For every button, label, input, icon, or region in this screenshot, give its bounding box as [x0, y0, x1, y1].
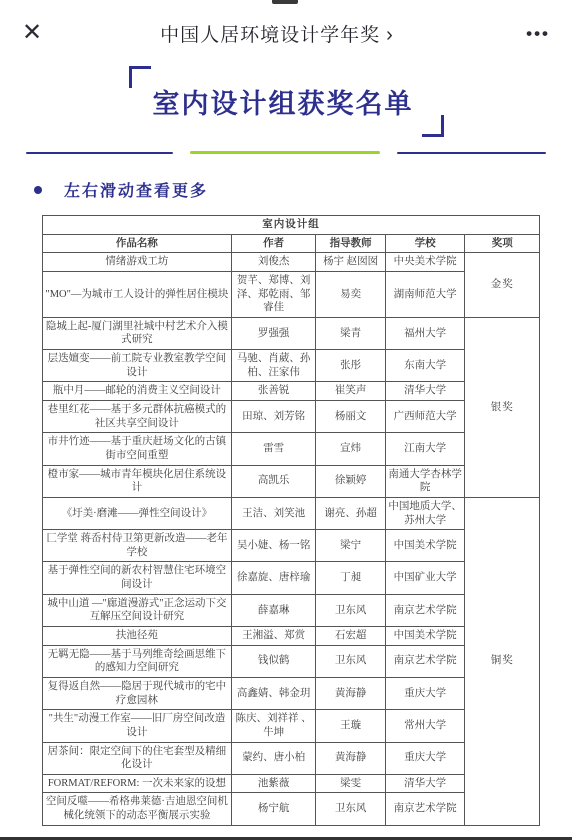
work-title-cell: 匚学堂 蒋岙村侍卫第更新改造——老年学校 [43, 530, 232, 562]
work-title-cell: 居茶间：限定空间下的住宅套型及精细化设计 [43, 742, 232, 774]
swipe-hint: 左右滑动查看更多 [34, 178, 572, 201]
work-title-cell: 复得返自然——隐居于现代城市的宅中疗愈园林 [43, 677, 232, 709]
work-title-cell: "MO"—为城市工人设计的弹性居住模块 [43, 271, 232, 317]
work-title-cell: 《圩美·磨滩——弹性空间设计》 [43, 497, 232, 529]
table-caption: 室内设计组 [43, 216, 540, 235]
school-cell: 东南大学 [385, 350, 465, 382]
authors-cell: 刘俊杰 [231, 253, 315, 272]
divider-segment-left [26, 152, 173, 154]
swipe-hint-text: 左右滑动查看更多 [64, 178, 208, 201]
table-row: 情绪游戏工坊刘俊杰杨宇 赵囡囡中央美术学院金奖 [43, 253, 540, 272]
authors-cell: 蒙约、唐小柏 [231, 742, 315, 774]
school-cell: 南京艺术学院 [385, 645, 465, 677]
table-header-row: 作品名称作者指导教师学校奖项 [43, 234, 540, 253]
authors-cell: 徐嘉旋、唐梓瑜 [231, 562, 315, 594]
advisor-cell: 卫东风 [316, 594, 386, 626]
corner-bracket-bottom-right [422, 115, 444, 137]
column-header-1: 作者 [231, 234, 315, 253]
work-title-cell: 基于弹性空间的新农村智慧住宅环境空间设计 [43, 562, 232, 594]
close-icon[interactable]: ✕ [22, 21, 56, 45]
authors-cell: 张善锐 [231, 382, 315, 401]
page-heading: 室内设计组获奖名单 [129, 66, 444, 137]
more-menu-icon[interactable]: ••• [498, 25, 550, 42]
authors-cell: 薛嘉琳 [231, 594, 315, 626]
work-title-cell: 层迭嬗变——前工院专业教室教学空间设计 [43, 350, 232, 382]
awards-table[interactable]: 室内设计组作品名称作者指导教师学校奖项情绪游戏工坊刘俊杰杨宇 赵囡囡中央美术学院… [42, 215, 540, 826]
advisor-cell: 易奕 [316, 271, 386, 317]
column-header-0: 作品名称 [43, 234, 232, 253]
table-caption-row: 室内设计组 [43, 216, 540, 235]
work-title-cell: FORMAT/REFORM: 一次未来家的设想 [43, 774, 232, 793]
advisor-cell: 梁宁 [316, 530, 386, 562]
advisor-cell: 黄海静 [316, 677, 386, 709]
column-header-3: 学校 [385, 234, 465, 253]
award-cell: 铜奖 [465, 497, 540, 825]
screen-top-handle [272, 0, 298, 4]
advisor-cell: 石宏超 [316, 627, 386, 646]
work-title-cell: 无羁无隐——基于马列维奇绘画思维下的感知力空间研究 [43, 645, 232, 677]
authors-cell: 王湘溢、郑赏 [231, 627, 315, 646]
divider-segment-right [397, 152, 546, 154]
work-title-cell: 空间反噬——希格弗莱德·吉迪恩空间机械化统领下的动态平衡展示实验 [43, 793, 232, 825]
authors-cell: 马驰、肖葳、孙柏、汪家伟 [231, 350, 315, 382]
advisor-cell: 张彤 [316, 350, 386, 382]
school-cell: 广西师范大学 [385, 401, 465, 433]
advisor-cell: 黄海静 [316, 742, 386, 774]
work-title-cell: 巷里红花——基于多元群体抗癌模式的社区共享空间设计 [43, 401, 232, 433]
advisor-cell: 梁雯 [316, 774, 386, 793]
school-cell: 中央美术学院 [385, 253, 465, 272]
authors-cell: 高凯乐 [231, 465, 315, 497]
table-row: 隐城上起-厦门湖里社城中村艺术介入模式研究罗强强梁青福州大学银奖 [43, 317, 540, 349]
award-cell: 金奖 [465, 253, 540, 318]
work-title-cell: 城中山道 —"廊道漫游式"正念运动下交互解压空间设计研究 [43, 594, 232, 626]
work-title-cell: 市井竹迹——基于重庆赶场文化的古镇街市空间重塑 [43, 433, 232, 465]
column-header-2: 指导教师 [316, 234, 386, 253]
authors-cell: 贺芊、郑博、刘泽、郑乾雨、邹睿佳 [231, 271, 315, 317]
advisor-cell: 杨丽文 [316, 401, 386, 433]
award-cell: 银奖 [465, 317, 540, 497]
divider-segment-center [190, 151, 380, 154]
school-cell: 南京艺术学院 [385, 793, 465, 825]
advisor-cell: 谢亮、孙超 [316, 497, 386, 529]
bullet-dot-icon [34, 186, 42, 194]
school-cell: 中国美术学院 [385, 627, 465, 646]
authors-cell: 罗强强 [231, 317, 315, 349]
authors-cell: 池紫薇 [231, 774, 315, 793]
school-cell: 南通大学杏林学院 [385, 465, 465, 497]
school-cell: 重庆大学 [385, 742, 465, 774]
advisor-cell: 梁青 [316, 317, 386, 349]
school-cell: 清华大学 [385, 774, 465, 793]
school-cell: 湖南师范大学 [385, 271, 465, 317]
authors-cell: 杨宁航 [231, 793, 315, 825]
school-cell: 清华大学 [385, 382, 465, 401]
work-title-cell: 扶池径苑 [43, 627, 232, 646]
school-cell: 常州大学 [385, 710, 465, 742]
work-title-cell: "共生"动漫工作室——旧厂房空间改造设计 [43, 710, 232, 742]
chevron-right-icon: › [386, 24, 394, 46]
authors-cell: 钱似鹤 [231, 645, 315, 677]
table-scroll-area[interactable]: 室内设计组作品名称作者指导教师学校奖项情绪游戏工坊刘俊杰杨宇 赵囡囡中央美术学院… [42, 215, 542, 826]
authors-cell: 王洁、刘笑池 [231, 497, 315, 529]
authors-cell: 陈庆、刘祥祥 、牛坤 [231, 710, 315, 742]
advisor-cell: 徐颖婷 [316, 465, 386, 497]
advisor-cell: 丁昶 [316, 562, 386, 594]
advisor-cell: 卫东风 [316, 793, 386, 825]
work-title-cell: 隐城上起-厦门湖里社城中村艺术介入模式研究 [43, 317, 232, 349]
school-cell: 中国矿业大学 [385, 562, 465, 594]
school-cell: 中国地质大学、苏州大学 [385, 497, 465, 529]
work-title-cell: 瓶中月——邮轮的消费主义空间设计 [43, 382, 232, 401]
account-title-text: 中国人居环境设计学年奖 [160, 25, 380, 46]
awards-table-body: 室内设计组作品名称作者指导教师学校奖项情绪游戏工坊刘俊杰杨宇 赵囡囡中央美术学院… [43, 216, 540, 826]
column-header-4: 奖项 [465, 234, 540, 253]
school-cell: 重庆大学 [385, 677, 465, 709]
authors-cell: 田琼、刘芳铭 [231, 401, 315, 433]
school-cell: 南京艺术学院 [385, 594, 465, 626]
authors-cell: 雷雪 [231, 433, 315, 465]
advisor-cell: 崔笑声 [316, 382, 386, 401]
page-heading-row: 室内设计组获奖名单 [0, 66, 572, 137]
work-title-cell: 情绪游戏工坊 [43, 253, 232, 272]
advisor-cell: 宣炜 [316, 433, 386, 465]
work-title-cell: 橙市家——城市青年模块化居住系统设计 [43, 465, 232, 497]
advisor-cell: 卫东风 [316, 645, 386, 677]
top-bar: ✕ 中国人居环境设计学年奖› ••• [0, 0, 572, 50]
page-title: 室内设计组获奖名单 [153, 82, 414, 121]
table-row: 《圩美·磨滩——弹性空间设计》王洁、刘笑池谢亮、孙超中国地质大学、苏州大学铜奖 [43, 497, 540, 529]
authors-cell: 吴小婕、杨一铭 [231, 530, 315, 562]
article-account-title[interactable]: 中国人居环境设计学年奖› [56, 20, 498, 47]
school-cell: 中国美术学院 [385, 530, 465, 562]
school-cell: 江南大学 [385, 433, 465, 465]
advisor-cell: 杨宇 赵囡囡 [316, 253, 386, 272]
tricolor-divider [26, 151, 546, 154]
corner-bracket-top-left [129, 66, 151, 88]
school-cell: 福州大学 [385, 317, 465, 349]
authors-cell: 高鑫婧、韩金玥 [231, 677, 315, 709]
advisor-cell: 王璇 [316, 710, 386, 742]
